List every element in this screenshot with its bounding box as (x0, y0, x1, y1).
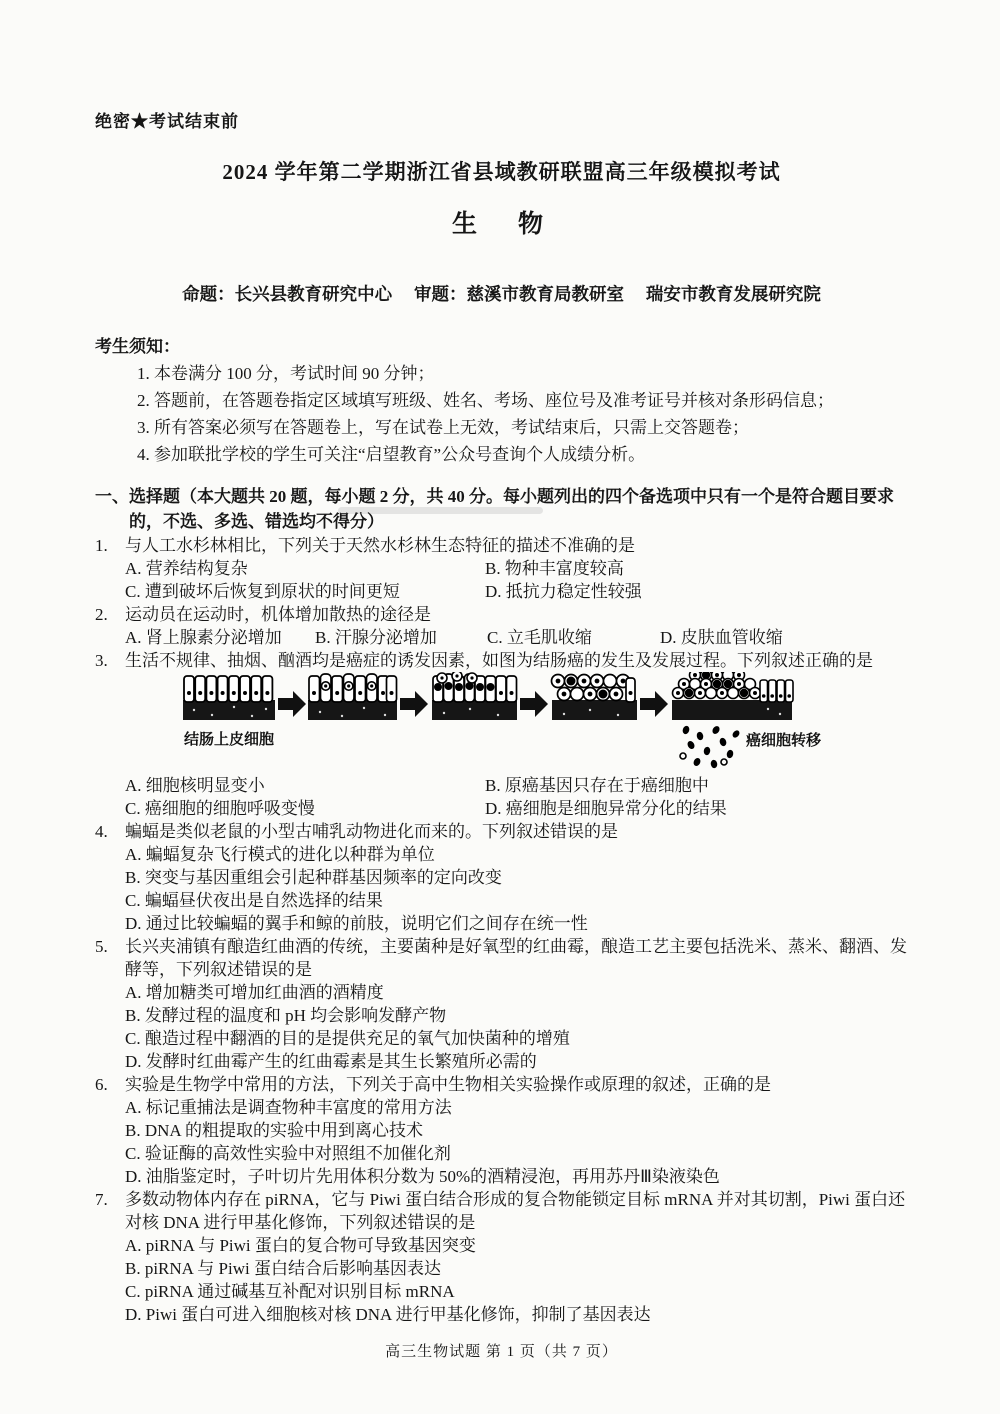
question-3: 3.生活不规律、抽烟、酗酒均是癌症的诱发因素，如图为结肠癌的发生及发展过程。下列… (95, 649, 908, 820)
question-stem-text: 多数动物体内存在 piRNA，它与 Piwi 蛋白结合形成的复合物能锁定目标 m… (125, 1190, 905, 1232)
option: A. 细胞核明显变小 (125, 774, 485, 797)
option: C. piRNA 通过碱基互补配对识别目标 mRNA (125, 1280, 908, 1303)
arrow-icon (278, 691, 306, 717)
exam-paper-page: 绝密★考试结束前 2024 学年第二学期浙江省县域教研联盟高三年级模拟考试 生 … (0, 0, 1000, 1414)
option: C. 验证酶的高效性实验中对照组不加催化剂 (125, 1142, 908, 1165)
colon-cancer-progression-figure: 结肠上皮细胞 癌细胞转移 (180, 672, 840, 774)
notice-heading: 考生须知： (95, 334, 908, 360)
question-stem-text: 长兴夹浦镇有酿造红曲酒的传统，主要菌种是好氧型的红曲霉，酿造工艺主要包括洗米、蒸… (125, 937, 907, 979)
option: A. 营养结构复杂 (125, 557, 485, 580)
question-number: 6. (95, 1073, 125, 1096)
question-options: A. 营养结构复杂 B. 物种丰富度较高 C. 遭到破坏后恢复到原状的时间更短 … (125, 557, 908, 603)
notice-item: 2. 答题前，在答题卷指定区域填写班级、姓名、考场、座位号及准考证号并核对条形码… (95, 387, 908, 414)
question-6: 6.实验是生物学中常用的方法，下列关于高中生物相关实验操作或原理的叙述，正确的是… (95, 1073, 908, 1188)
option: D. 通过比较蝙蝠的翼手和鲸的前肢，说明它们之间存在统一性 (125, 912, 908, 935)
arrow-icon (400, 691, 428, 717)
option: D. 癌细胞是细胞异常分化的结果 (485, 797, 908, 820)
question-number: 7. (95, 1188, 125, 1211)
option: D. 油脂鉴定时，子叶切片先用体积分数为 50%的酒精浸泡，再用苏丹Ⅲ染液染色 (125, 1165, 908, 1188)
option: B. 物种丰富度较高 (485, 557, 908, 580)
notice-list: 1. 本卷满分 100 分，考试时间 90 分钟； 2. 答题前，在答题卷指定区… (95, 360, 908, 468)
question-stem-text: 生活不规律、抽烟、酗酒均是癌症的诱发因素，如图为结肠癌的发生及发展过程。下列叙述… (125, 651, 873, 670)
option: C. 立毛肌收缩 (487, 626, 660, 649)
option: B. 发酵过程的温度和 pH 均会影响发酵产物 (125, 1004, 908, 1027)
option: A. piRNA 与 Piwi 蛋白的复合物可导致基因突变 (125, 1234, 908, 1257)
question-stem: 6.实验是生物学中常用的方法，下列关于高中生物相关实验操作或原理的叙述，正确的是 (95, 1073, 908, 1096)
question-5: 5.长兴夹浦镇有酿造红曲酒的传统，主要菌种是好氧型的红曲霉，酿造工艺主要包括洗米… (95, 935, 908, 1073)
page-footer: 高三生物试题 第 1 页（共 7 页） (95, 1342, 908, 1362)
stage-normal-epithelium (183, 676, 275, 720)
stage-early-mutation (308, 674, 397, 720)
scan-smudge-artifact (338, 507, 543, 514)
option: D. Piwi 蛋白可进入细胞核对核 DNA 进行甲基化修饰，抑制了基因表达 (125, 1303, 908, 1326)
option: B. DNA 的粗提取的实验中用到离心技术 (125, 1119, 908, 1142)
option: D. 皮肤血管收缩 (660, 626, 908, 649)
security-notice: 绝密★考试结束前 (95, 112, 908, 132)
question-options: A. 蝙蝠复杂飞行模式的进化以种群为单位 B. 突变与基因重组会引起种群基因频率… (125, 843, 908, 935)
option: A. 蝙蝠复杂飞行模式的进化以种群为单位 (125, 843, 908, 866)
option: B. piRNA 与 Piwi 蛋白结合后影响基因表达 (125, 1257, 908, 1280)
option: A. 肾上腺素分泌增加 (125, 626, 315, 649)
option: B. 原癌基因只存在于癌细胞中 (485, 774, 908, 797)
question-number: 1. (95, 534, 125, 557)
option: C. 癌细胞的细胞呼吸变慢 (125, 797, 485, 820)
option: C. 蝙蝠昼伏夜出是自然选择的结果 (125, 889, 908, 912)
option: A. 增加糖类可增加红曲酒的酒精度 (125, 981, 908, 1004)
figure-illustration: 结肠上皮细胞 癌细胞转移 (180, 672, 840, 774)
figure-label-right: 癌细胞转移 (746, 731, 822, 749)
stage-carcinoma-in-situ (552, 675, 638, 721)
committee-line: 命题：长兴县教育研究中心 审题：慈溪市教育局教研室 瑞安市教育发展研究院 (95, 282, 908, 306)
option: B. 突变与基因重组会引起种群基因频率的定向改变 (125, 866, 908, 889)
question-stem: 2.运动员在运动时，机体增加散热的途径是 (95, 603, 908, 626)
figure-label-left: 结肠上皮细胞 (184, 730, 274, 748)
question-stem: 4.蝙蝠是类似老鼠的小型古哺乳动物进化而来的。下列叙述错误的是 (95, 820, 908, 843)
notice-item: 4. 参加联批学校的学生可关注“启望教育”公众号查询个人成绩分析。 (95, 441, 908, 468)
question-stem-text: 运动员在运动时，机体增加散热的途径是 (125, 605, 431, 624)
notice-item: 1. 本卷满分 100 分，考试时间 90 分钟； (95, 360, 908, 387)
question-options: A. 肾上腺素分泌增加 B. 汗腺分泌增加 C. 立毛肌收缩 D. 皮肤血管收缩 (125, 626, 908, 649)
question-stem-text: 实验是生物学中常用的方法，下列关于高中生物相关实验操作或原理的叙述，正确的是 (125, 1075, 771, 1094)
option: B. 汗腺分泌增加 (315, 626, 487, 649)
question-stem: 1.与人工水杉林相比，下列关于天然水杉林生态特征的描述不准确的是 (95, 534, 908, 557)
question-1: 1.与人工水杉林相比，下列关于天然水杉林生态特征的描述不准确的是 A. 营养结构… (95, 534, 908, 603)
option: C. 遭到破坏后恢复到原状的时间更短 (125, 580, 485, 603)
option: D. 发酵时红曲霉产生的红曲霉素是其生长繁殖所必需的 (125, 1050, 908, 1073)
exam-subject: 生 物 (95, 208, 908, 242)
question-stem-text: 蝙蝠是类似老鼠的小型古哺乳动物进化而来的。下列叙述错误的是 (125, 822, 618, 841)
question-2: 2.运动员在运动时，机体增加散热的途径是 A. 肾上腺素分泌增加 B. 汗腺分泌… (95, 603, 908, 649)
arrow-icon (520, 691, 548, 717)
question-options: A. piRNA 与 Piwi 蛋白的复合物可导致基因突变 B. piRNA 与… (125, 1234, 908, 1326)
question-number: 3. (95, 649, 125, 672)
question-4: 4.蝙蝠是类似老鼠的小型古哺乳动物进化而来的。下列叙述错误的是 A. 蝙蝠复杂飞… (95, 820, 908, 935)
question-number: 4. (95, 820, 125, 843)
question-stem: 3.生活不规律、抽烟、酗酒均是癌症的诱发因素，如图为结肠癌的发生及发展过程。下列… (95, 649, 908, 672)
question-number: 2. (95, 603, 125, 626)
option: D. 抵抗力稳定性较强 (485, 580, 908, 603)
question-number: 5. (95, 935, 125, 958)
question-7: 7.多数动物体内存在 piRNA，它与 Piwi 蛋白结合形成的复合物能锁定目标… (95, 1188, 908, 1326)
question-stem: 7.多数动物体内存在 piRNA，它与 Piwi 蛋白结合形成的复合物能锁定目标… (95, 1188, 908, 1234)
notice-item: 3. 所有答案必须写在答题卷上，写在试卷上无效，考试结束后，只需上交答题卷； (95, 414, 908, 441)
stage-metastasis (672, 672, 793, 769)
option: C. 酿造过程中翻酒的目的是提供充足的氧气加快菌种的增殖 (125, 1027, 908, 1050)
question-options: A. 细胞核明显变小 B. 原癌基因只存在于癌细胞中 C. 癌细胞的细胞呼吸变慢… (125, 774, 908, 820)
arrow-icon (640, 691, 668, 717)
option: A. 标记重捕法是调查物种丰富度的常用方法 (125, 1096, 908, 1119)
question-options: A. 增加糖类可增加红曲酒的酒精度 B. 发酵过程的温度和 pH 均会影响发酵产… (125, 981, 908, 1073)
exam-title: 2024 学年第二学期浙江省县域教研联盟高三年级模拟考试 (95, 158, 908, 186)
question-options: A. 标记重捕法是调查物种丰富度的常用方法 B. DNA 的粗提取的实验中用到离… (125, 1096, 908, 1188)
stage-dysplasia (432, 672, 517, 720)
question-stem: 5.长兴夹浦镇有酿造红曲酒的传统，主要菌种是好氧型的红曲霉，酿造工艺主要包括洗米… (95, 935, 908, 981)
question-stem-text: 与人工水杉林相比，下列关于天然水杉林生态特征的描述不准确的是 (125, 536, 635, 555)
